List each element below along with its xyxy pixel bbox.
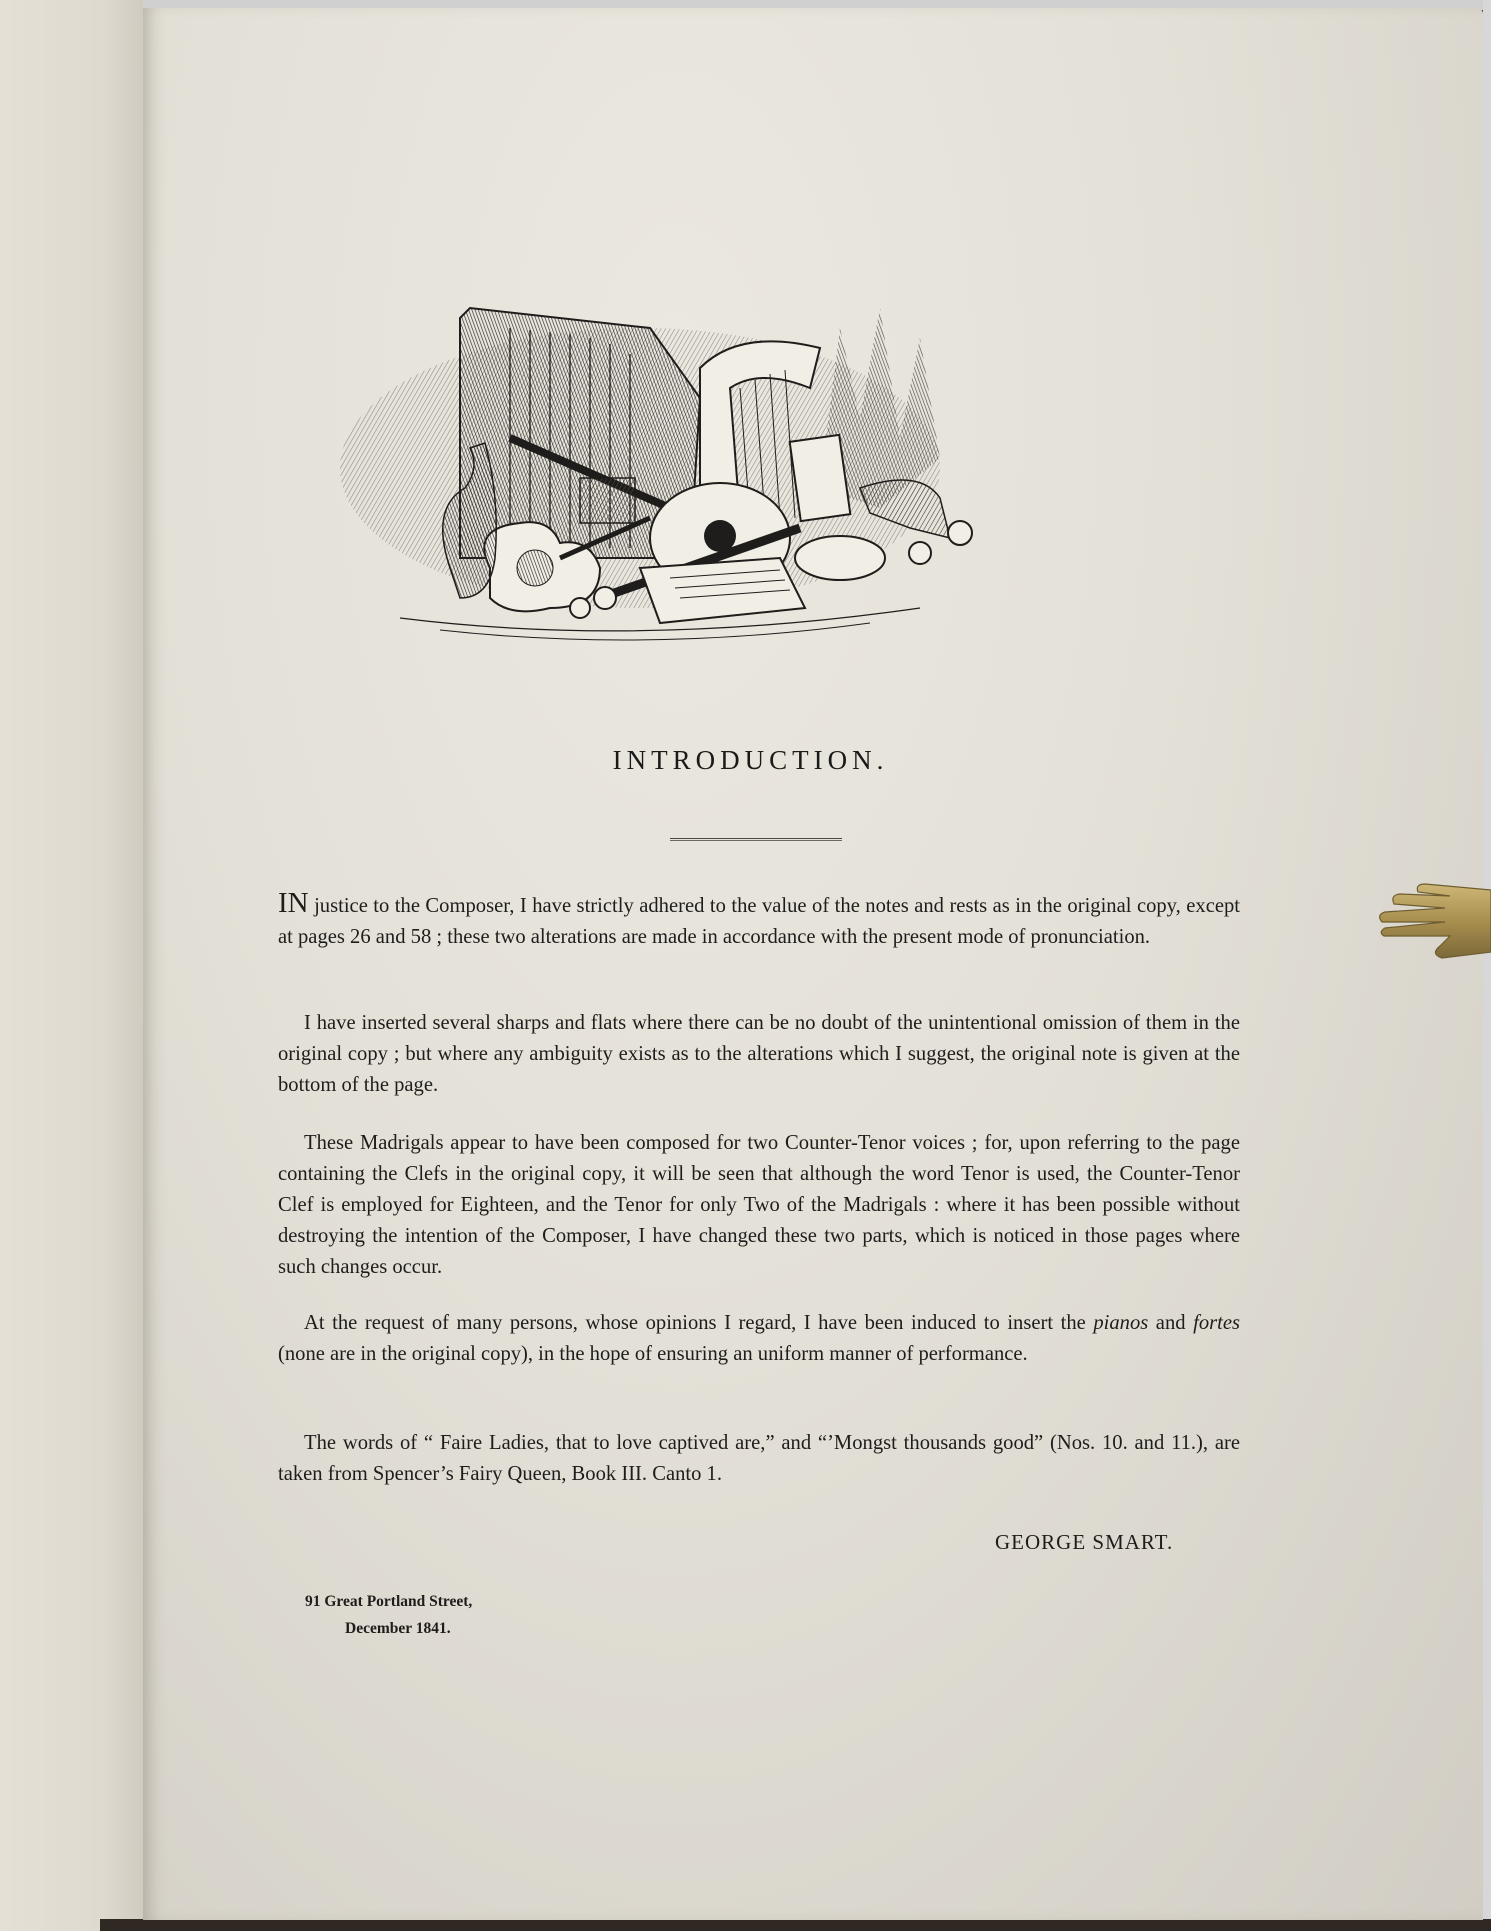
page-title: INTRODUCTION.	[0, 745, 1491, 776]
engraved-vignette-musical-instruments	[220, 268, 1070, 658]
italic-pianos: pianos	[1093, 1312, 1148, 1334]
paragraph-4-text-c: (none are in the original copy), in the …	[278, 1343, 1028, 1365]
address-street: 91 Great Portland Street,	[305, 1588, 525, 1615]
paragraph-4-text-b: and	[1148, 1312, 1193, 1334]
address-date: December 1841.	[305, 1615, 525, 1642]
paragraph-4-text-a: At the request of many persons, whose op…	[304, 1312, 1093, 1334]
drop-cap: IN	[278, 887, 309, 919]
paragraph-3: These Madrigals appear to have been comp…	[278, 1128, 1240, 1283]
paragraph-1-text: justice to the Composer, I have strictly…	[278, 895, 1240, 948]
paragraph-1: IN justice to the Composer, I have stric…	[278, 888, 1240, 953]
paragraph-3-text: These Madrigals appear to have been comp…	[278, 1128, 1240, 1283]
paragraph-5: The words of “ Faire Ladies, that to lov…	[278, 1428, 1240, 1490]
brass-hand-bookmark-icon	[1370, 872, 1491, 972]
paragraph-2: I have inserted several sharps and flats…	[278, 1008, 1240, 1101]
left-page	[0, 0, 146, 1931]
title-divider-rule	[670, 838, 842, 841]
page-title-text: INTRODUCTION.	[613, 745, 889, 775]
signature: GEORGE SMART.	[995, 1530, 1173, 1555]
table-surface	[100, 1919, 1491, 1931]
address-block: 91 Great Portland Street, December 1841.	[305, 1588, 525, 1642]
paragraph-5-text: The words of “ Faire Ladies, that to lov…	[278, 1428, 1240, 1490]
italic-fortes: fortes	[1193, 1312, 1240, 1334]
paragraph-4: At the request of many persons, whose op…	[278, 1308, 1240, 1370]
paragraph-2-text: I have inserted several sharps and flats…	[278, 1008, 1240, 1101]
